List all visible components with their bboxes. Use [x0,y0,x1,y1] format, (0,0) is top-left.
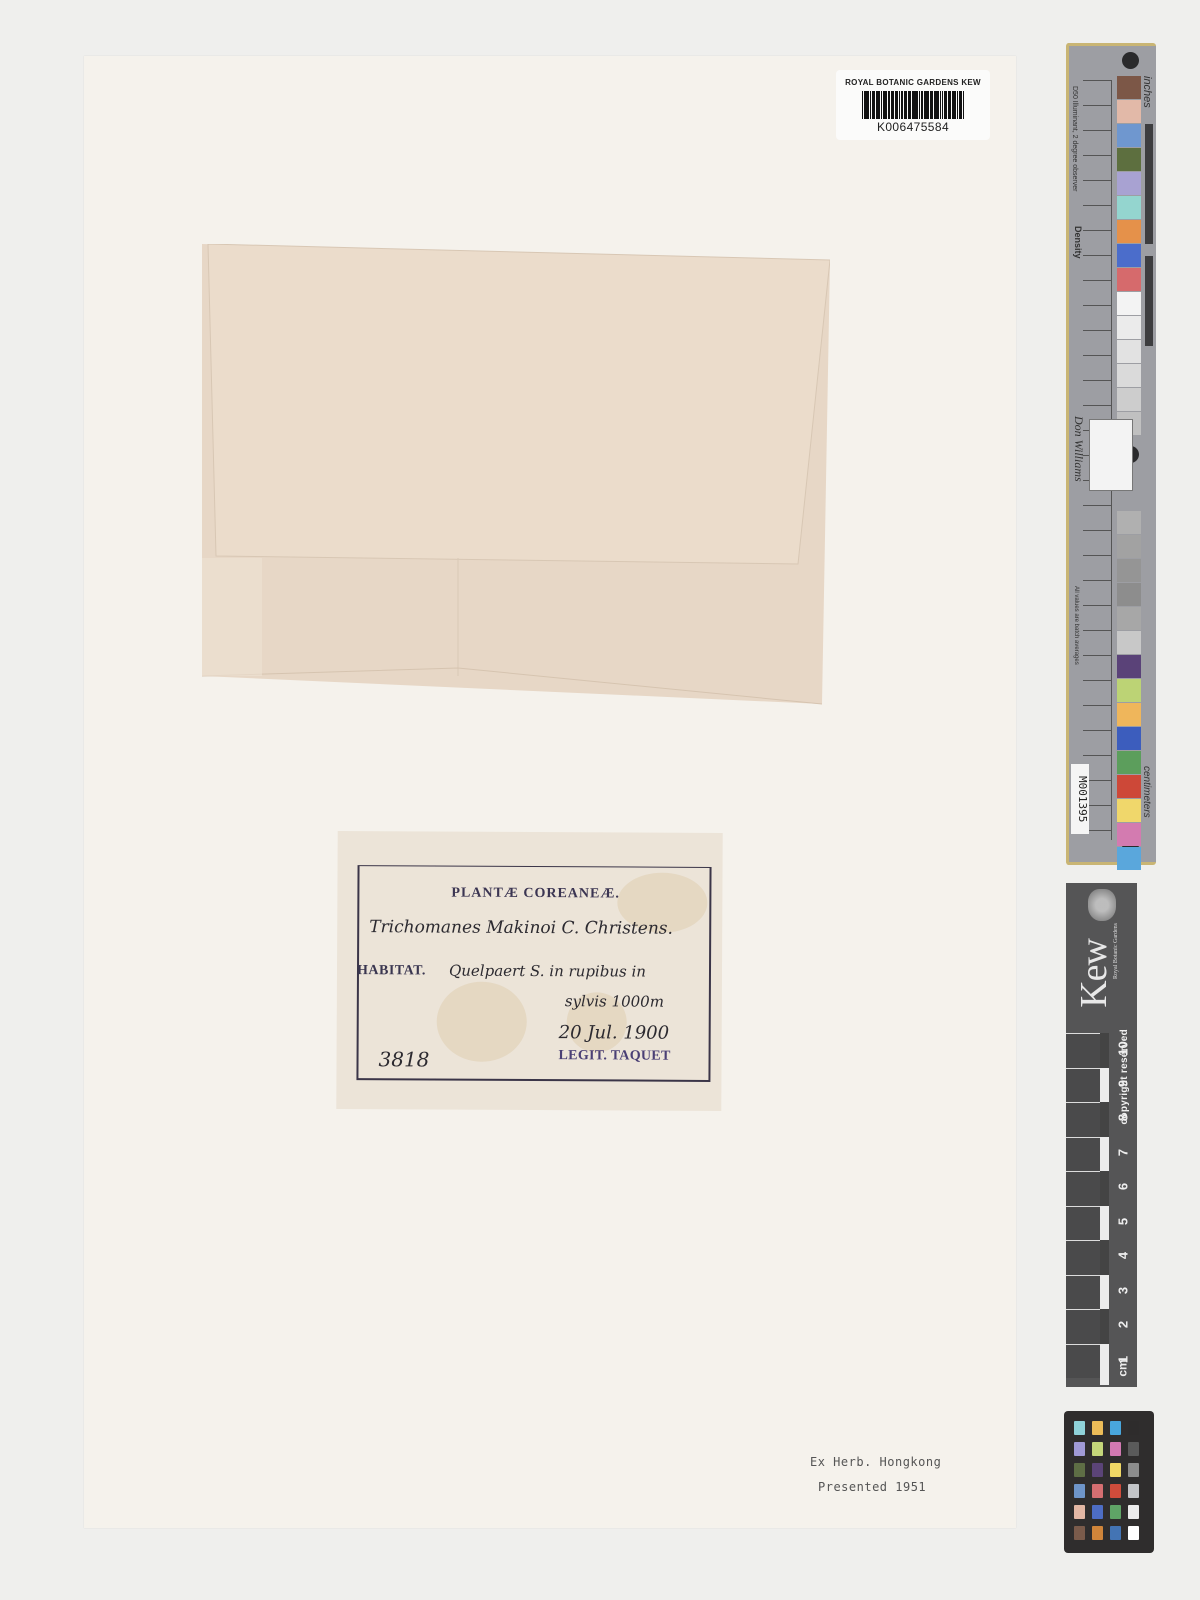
color-patch [1117,751,1141,774]
scale-tick [1083,80,1111,81]
barcode-bar [885,91,887,119]
ruler-id-tag: M001395 [1071,764,1089,834]
color-swatch [1092,1484,1103,1498]
barcode-bar [930,91,933,119]
color-swatch [1110,1421,1121,1435]
specimen-label: PLANTÆ COREANEÆ. Trichomanes Makinoi C. … [336,831,722,1111]
scale-tick [1083,255,1111,256]
barcode-bar [908,91,911,119]
habitat-label: HABITAT. [357,963,426,979]
kew-cm-scale: Kew Royal Botanic Gardens 12345678910 co… [1066,883,1137,1387]
scale-tick [1083,105,1111,106]
color-patch [1117,631,1141,654]
ruler-brand: Don Williams [1071,416,1086,482]
color-patch [1117,583,1141,606]
color-swatch [1092,1526,1103,1540]
color-swatch [1074,1484,1085,1498]
cm-segment-alt [1100,1033,1109,1068]
scale-tick [1083,305,1111,306]
collection-date: 20 Jul. 1900 [559,1022,670,1044]
cm-segment [1066,1068,1100,1103]
color-patch [1117,823,1141,846]
cm-segment-alt [1100,1240,1109,1275]
color-patch [1117,727,1141,750]
color-swatch [1092,1421,1103,1435]
barcode-bar [891,91,894,119]
scale-tick [1083,580,1111,581]
color-swatch [1110,1505,1121,1519]
barcode-label: ROYAL BOTANIC GARDENS KEW K006475584 [836,70,990,140]
barcode-number: K006475584 [836,120,990,134]
averages-note: All values are batch averages [1073,586,1079,665]
color-patch [1117,388,1141,411]
barcode-bar [877,91,880,119]
color-swatch [1092,1442,1103,1456]
color-patch [1117,244,1141,267]
cm-segment [1066,1206,1100,1241]
barcode-bar [924,91,927,119]
color-patch [1117,535,1141,558]
color-patch [1117,76,1141,99]
density-label: Density [1073,226,1083,259]
label-header: PLANTÆ COREANEÆ. [451,886,620,903]
barcode-bar [915,91,918,119]
barcode-bar [921,91,923,119]
ruler-hole-top [1122,52,1139,69]
color-swatch [1128,1463,1139,1477]
barcode-bar [959,91,962,119]
cm-segment-alt [1100,1102,1109,1137]
cm-number: 7 [1116,1141,1131,1163]
scale-tick [1083,655,1111,656]
color-swatch [1128,1526,1139,1540]
color-patch [1117,364,1141,387]
color-swatch [1074,1505,1085,1519]
provenance-line-1: Ex Herb. Hongkong [810,1455,941,1469]
color-patch [1117,799,1141,822]
scale-tick [1083,680,1111,681]
color-patch [1117,148,1141,171]
cm-segment [1066,1240,1100,1275]
color-swatch [1110,1442,1121,1456]
scale-tick [1083,180,1111,181]
color-checker-card [1064,1411,1154,1553]
scale-tick [1083,230,1111,231]
scale-tick [1083,505,1111,506]
color-patch [1117,511,1141,534]
barcode-bar [872,91,875,119]
color-patch [1117,340,1141,363]
barcode-bar [963,91,964,119]
scale-tick [1083,705,1111,706]
cm-segment [1066,1309,1100,1344]
cm-segment-alt [1100,1171,1109,1206]
centimeters-label: centimeters [1141,766,1152,818]
color-swatch [1092,1505,1103,1519]
illuminant-note: D50 Illuminant, 2 degree observer [1071,86,1078,191]
barcode-bar [912,91,915,119]
scale-tick [1083,605,1111,606]
habitat-line-1: Quelpaert S. in rupibus in [449,962,646,981]
cm-segment [1066,1171,1100,1206]
gray-target [1089,419,1133,491]
scale-tick [1083,355,1111,356]
color-patch [1117,703,1141,726]
barcode-bar [896,91,898,119]
color-swatch [1128,1442,1139,1456]
color-swatch [1128,1484,1139,1498]
barcode-bar [945,91,947,119]
color-patch [1117,559,1141,582]
barcode-bar [936,91,939,119]
barcode-bar [953,91,956,119]
copyright-text: copyright reserved [1119,1029,1130,1124]
color-patch [1117,607,1141,630]
color-swatch [1074,1463,1085,1477]
cm-number: 6 [1116,1176,1131,1198]
scale-tick [1083,630,1111,631]
cm-unit-label: cm [1116,1359,1130,1376]
collector-stamp: LEGIT. TAQUET [559,1048,671,1065]
kew-logo: Kew [1072,939,1116,1008]
barcode-bar [934,91,936,119]
inch-bar [1145,256,1153,346]
scale-tick [1083,730,1111,731]
cm-segment [1066,1102,1100,1137]
cm-segment [1066,1275,1100,1310]
collector-number: 3818 [378,1047,429,1071]
color-patch [1117,172,1141,195]
barcode-bar [866,91,869,119]
provenance-line-2: Presented 1951 [818,1480,926,1494]
scale-tick [1083,155,1111,156]
color-patch [1117,316,1141,339]
scale-tick [1083,330,1111,331]
color-patch [1117,196,1141,219]
color-patch [1117,775,1141,798]
inch-bar [1145,124,1153,244]
habitat-line-2: sylvis 1000m [565,992,664,1011]
cm-number: 3 [1116,1279,1131,1301]
kew-crest-icon [1088,889,1116,921]
cm-segment [1066,1137,1100,1172]
kew-subtitle: Royal Botanic Gardens [1113,923,1119,979]
color-swatch [1074,1526,1085,1540]
scale-tick [1083,530,1111,531]
barcode-bar [927,91,929,119]
cm-number: 4 [1116,1245,1131,1267]
taxon-name: Trichomanes Makinoi C. Christens. [369,917,673,939]
scale-tick [1083,555,1111,556]
barcode-bar [864,91,866,119]
scale-tick [1083,405,1111,406]
color-swatch [1074,1442,1085,1456]
color-patch [1117,124,1141,147]
barcode-bar [883,91,885,119]
institution-name: ROYAL BOTANIC GARDENS KEW [836,78,990,87]
cm-segment [1066,1344,1100,1379]
scale-tick [1083,280,1111,281]
scale-tick [1083,755,1111,756]
scale-tick [1083,205,1111,206]
color-patch [1117,268,1141,291]
color-swatch [1110,1526,1121,1540]
color-patch [1117,655,1141,678]
cm-segment-alt [1100,1309,1109,1344]
inches-label: inches [1141,76,1153,108]
cm-number: 5 [1116,1210,1131,1232]
cm-number: 2 [1116,1314,1131,1336]
color-patch [1117,220,1141,243]
color-calibration-ruler: D50 Illuminant, 2 degree observer Densit… [1066,43,1156,865]
barcode-bars [862,91,964,119]
color-swatch [1074,1421,1085,1435]
color-swatch [1128,1505,1139,1519]
color-patch [1117,847,1141,870]
color-patch [1117,292,1141,315]
barcode-bar [901,91,903,119]
scale-tick [1083,130,1111,131]
color-swatch [1092,1463,1103,1477]
barcode-bar [888,91,890,119]
specimen-envelope [202,244,830,706]
barcode-bar [948,91,951,119]
color-swatch [1110,1463,1121,1477]
color-patch [1117,679,1141,702]
barcode-bar [905,91,907,119]
scale-tick [1083,380,1111,381]
cm-segment [1066,1033,1100,1068]
color-patch [1117,100,1141,123]
color-swatch [1128,1421,1139,1435]
color-swatch [1110,1484,1121,1498]
